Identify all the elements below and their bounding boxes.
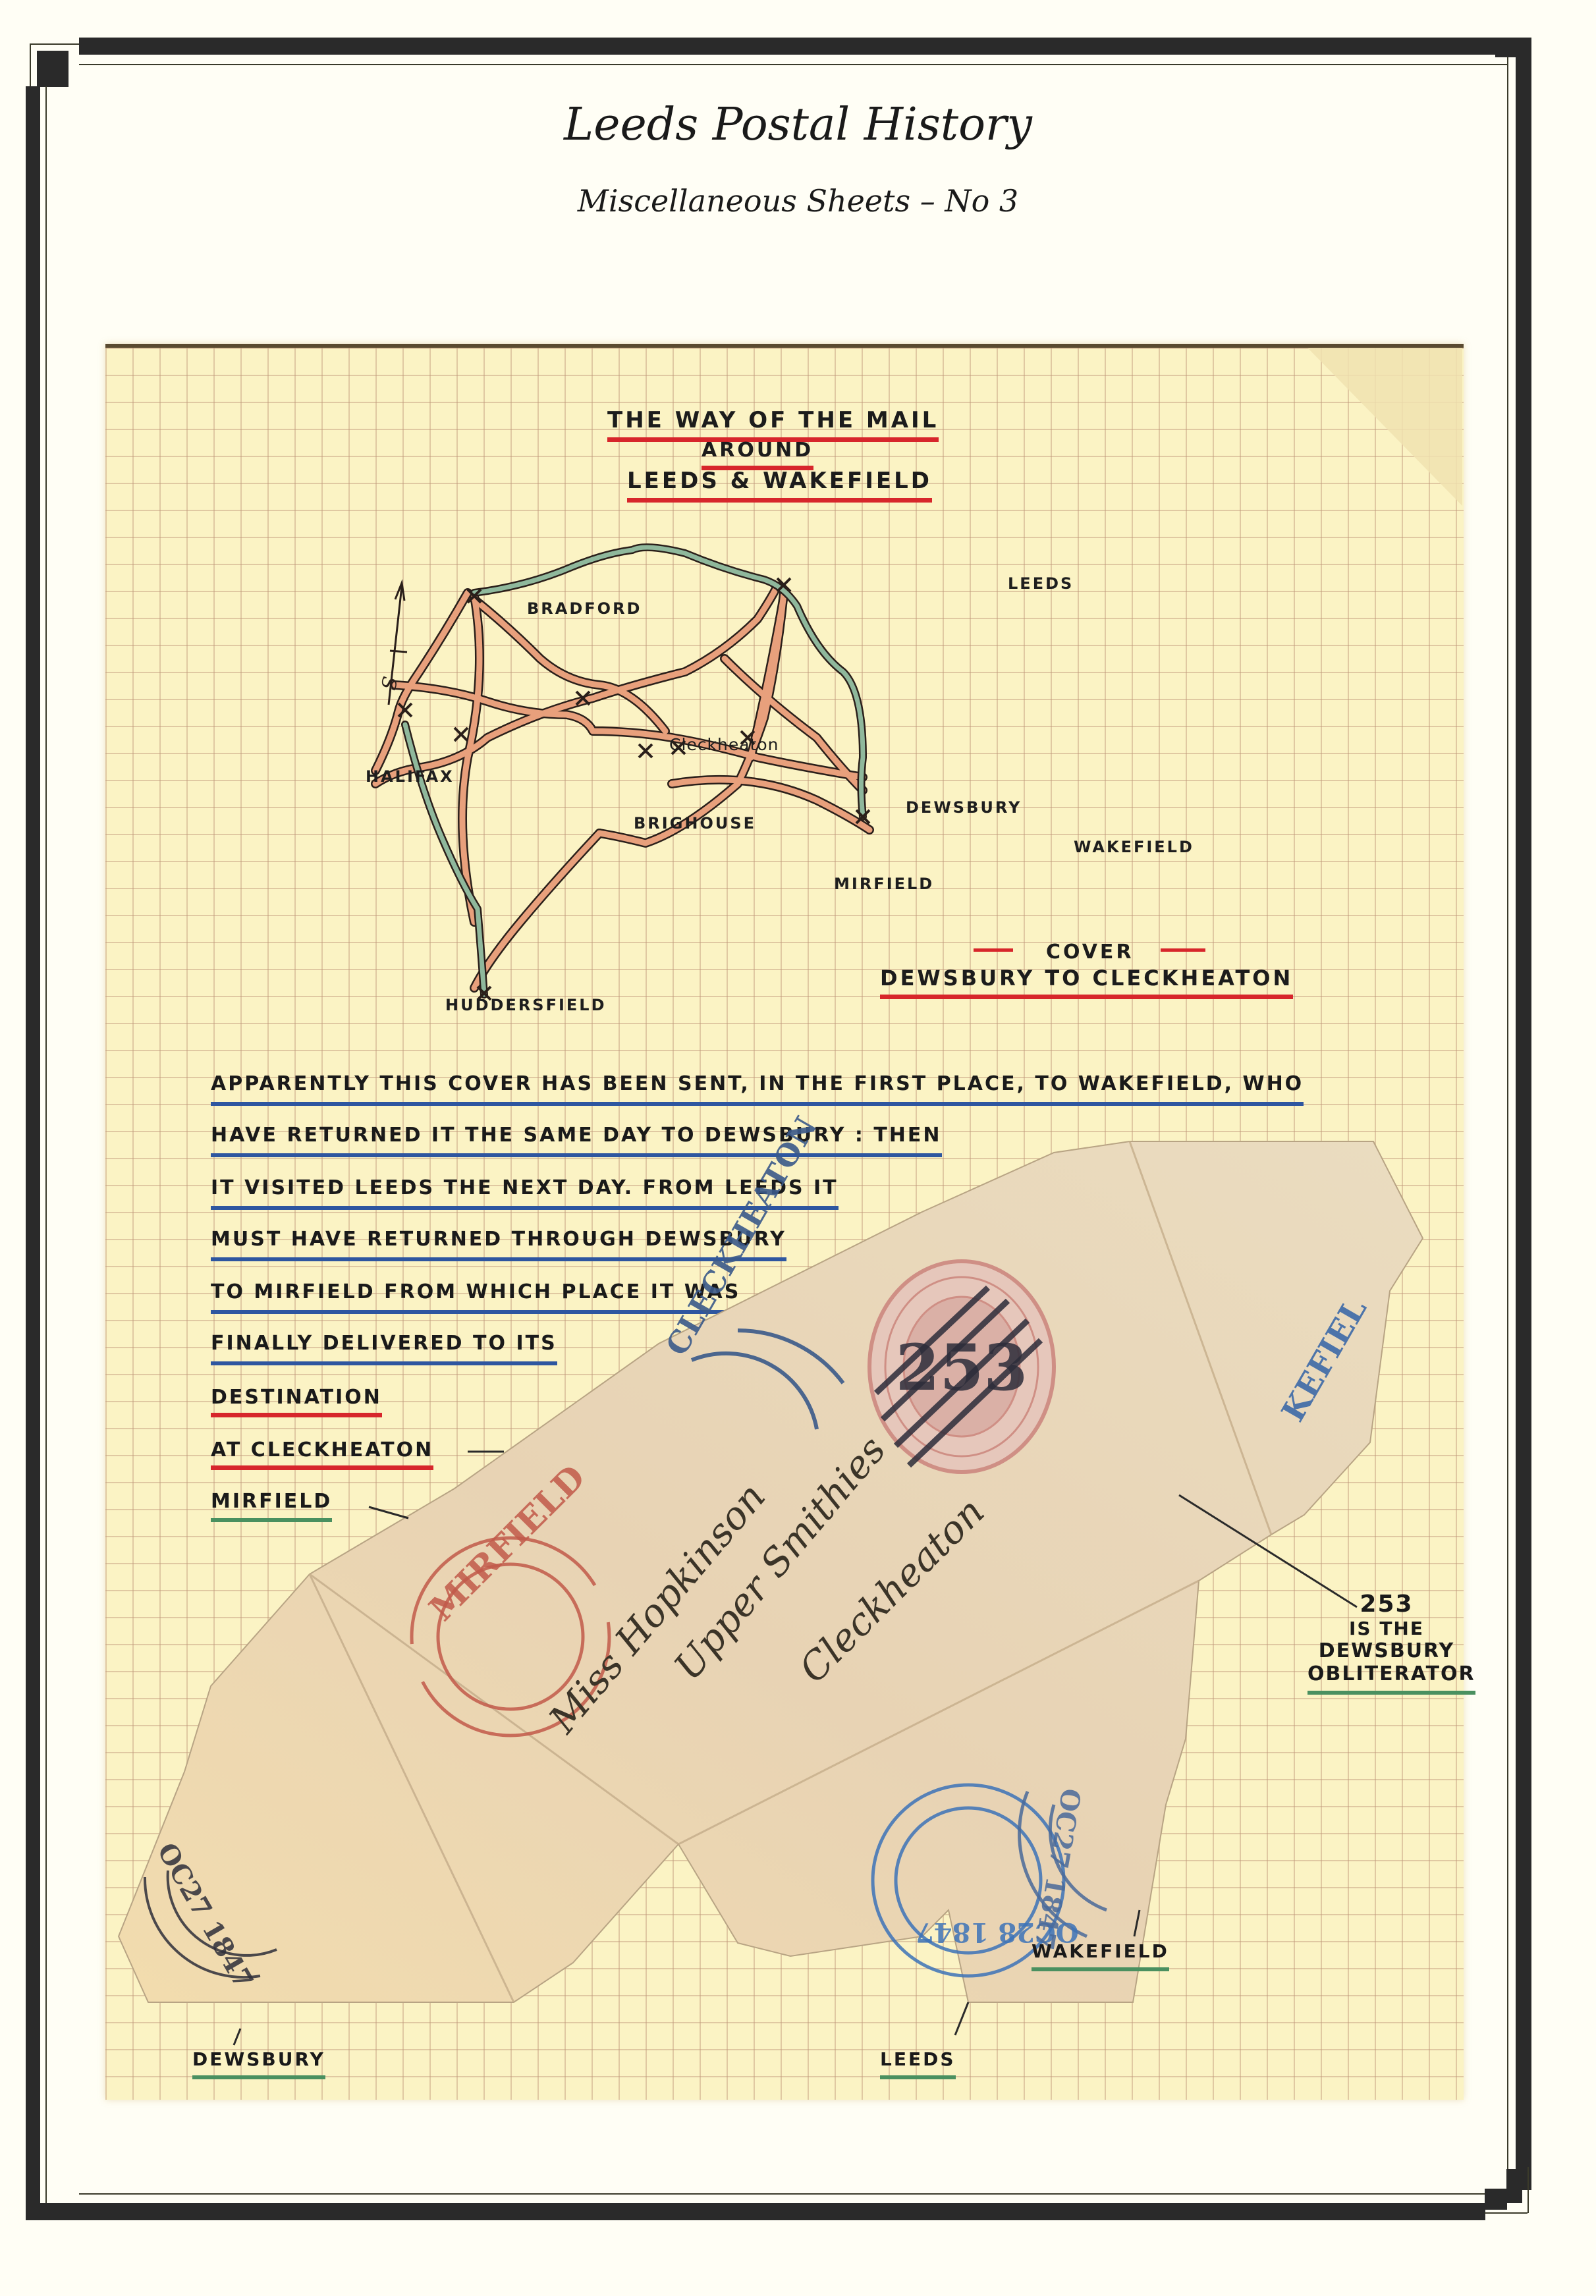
annotation-leeds: Leeds bbox=[880, 2048, 956, 2079]
obliterator-note: 253 is the Dewsbury Obliterator bbox=[1307, 1591, 1466, 1695]
obliterator-number: 253 bbox=[896, 1330, 1028, 1405]
annotation-dewsbury: Dewsbury bbox=[192, 2048, 325, 2079]
annotation-wakefield: Wakefield bbox=[1032, 1940, 1169, 1971]
